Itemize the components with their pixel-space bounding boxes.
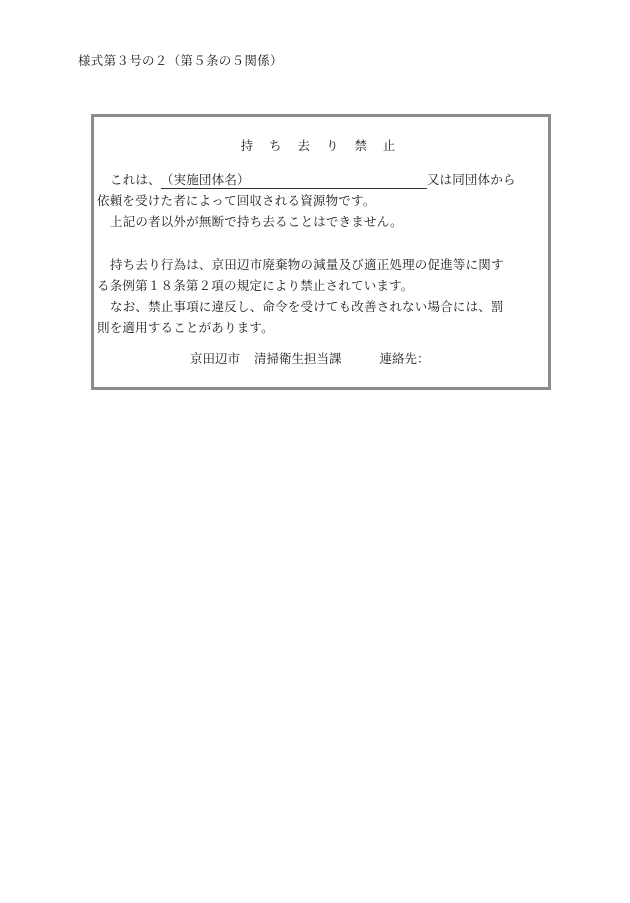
form-number-label: 様式第３号の２（第５条の５関係） [78, 51, 283, 69]
notice-title: 持 ち 去 り 禁 止 [94, 136, 548, 154]
ownership-suffix: 又は同団体から [427, 172, 516, 187]
ownership-line-2: 依頼を受けた者によって回収される資源物です。 [97, 190, 543, 211]
notice-paragraph-regulation: 持ち去り行為は、京田辺市廃棄物の減量及び適正処理の促進等に関す る条例第１８条第… [97, 254, 543, 338]
footer-department: 清掃衛生担当課 [254, 349, 342, 367]
ownership-line-1: これは、（実施団体名）又は同団体から [97, 169, 543, 190]
footer-city: 京田辺市 [190, 349, 240, 367]
organization-name-placeholder: （実施団体名） [161, 172, 250, 187]
ownership-line-3: 上記の者以外が無断で持ち去ることはできません。 [97, 211, 543, 232]
regulation-line-4: 則を適用することがあります。 [97, 317, 543, 338]
notice-box: 持 ち 去 り 禁 止 これは、（実施団体名）又は同団体から 依頼を受けた者によ… [91, 114, 551, 390]
organization-name-field[interactable]: （実施団体名） [161, 172, 427, 189]
ownership-prefix: これは、 [110, 172, 161, 187]
regulation-line-2: る条例第１８条第２項の規定により禁止されています。 [97, 275, 543, 296]
regulation-line-3: なお、禁止事項に違反し、命令を受けても改善されない場合には、罰 [97, 296, 543, 317]
notice-footer: 京田辺市清掃衛生担当課連絡先： [190, 349, 430, 367]
regulation-line-1: 持ち去り行為は、京田辺市廃棄物の減量及び適正処理の促進等に関す [97, 254, 543, 275]
footer-contact-label: 連絡先： [380, 349, 430, 367]
notice-paragraph-ownership: これは、（実施団体名）又は同団体から 依頼を受けた者によって回収される資源物です… [97, 169, 543, 232]
